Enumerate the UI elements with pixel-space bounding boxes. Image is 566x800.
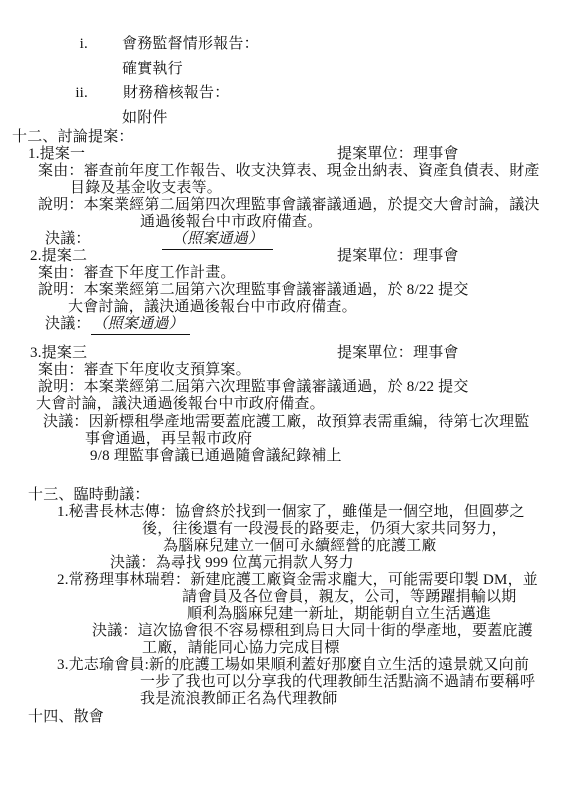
proposal-1-resolution-label: 決議：: [45, 231, 91, 248]
section-14-heading: 十四、散會: [28, 709, 104, 726]
proposal-2-title: 2.提案二: [30, 248, 87, 265]
motion-2-line: 2.常務理事林瑞碧：新建庇護工廠資金需求龐大，可能需要印製 DM，並: [57, 572, 538, 589]
proposal-3-unit: 提案單位：理事會: [337, 345, 459, 362]
motion-2-line: 請會員及各位會員，親友，公司，等踴躍捐輸以期: [182, 589, 516, 606]
report-item-title: 財務稽核報告：: [123, 85, 229, 102]
proposal-2-resolution-label: 決議：: [45, 316, 91, 333]
motion-2-line: 順利為腦麻兒建一新址，期能朝自立生活邁進: [187, 606, 491, 623]
proposal-1-case-line: 案由：審查前年度工作報告、收支決算表、現金出納表、資產負債表、財產: [38, 163, 540, 180]
proposal-3-resolution-line: 決議：因新標租學產地需要蓋庇護工廠，故預算表需重編，待第七次理監: [43, 414, 529, 431]
proposal-3-case-line: 案由：審查下年度收支預算案。: [38, 362, 251, 379]
motion-1-line: 1.秘書長林志傳：協會終於找到一個家了，雖僅是一個空地，但圓夢之: [57, 504, 525, 521]
proposal-3-title: 3.提案三: [30, 345, 87, 362]
proposal-1-case-line: 目錄及基金收支表等。: [70, 180, 222, 197]
meeting-minutes-page: i. 會務監督情形報告： 確實執行 ii. 財務稽核報告： 如附件 十二、討論提…: [0, 0, 566, 800]
section-13-heading: 十三、臨時動議：: [28, 487, 150, 504]
proposal-3-resolution-line: 事會通過，再呈報市政府: [85, 431, 252, 448]
proposal-1-desc-line: 說明：本案業經第二屆第四次理監事會議審議通過，於提交大會討論，議決: [38, 197, 540, 214]
proposal-3-desc-line: 大會討論，議決通過後報台中市政府備查。: [36, 396, 325, 413]
motion-3-line: 一步了我也可以分享我的代理教師生活點滴不過請布要稱呼: [140, 674, 535, 691]
motion-1-line: 為腦麻兒建立一個可永續經營的庇護工廠: [163, 538, 437, 555]
motion-2-resolution-line: 決議：這次協會很不容易標租到烏日大同十街的學產地，要蓋庇護: [92, 623, 533, 640]
report-item-title: 會務監督情形報告：: [122, 36, 259, 53]
proposal-2-resolution: 決議： （照案通過）: [45, 316, 190, 335]
proposal-2-desc-line: 說明：本案業經第二屆第六次理監事會議審議通過，於 8/22 提交: [38, 282, 469, 299]
proposal-2-case-line: 案由：審查下年度工作計畫。: [38, 265, 236, 282]
proposal-1-resolution-value: （照案通過）: [162, 231, 273, 250]
proposal-1-title: 1.提案一: [28, 146, 85, 163]
report-item-number: ii.: [52, 85, 88, 102]
motion-2-resolution-line: 工廠，請能同心協力完成目標: [142, 640, 340, 657]
proposal-2-unit: 提案單位：理事會: [337, 248, 459, 265]
motion-3-line: 我是流浪教師正名為代理教師: [140, 691, 338, 708]
report-item-body: 確實執行: [122, 61, 183, 78]
proposal-2-desc-line: 大會討論，議決通過後報台中市政府備查。: [68, 299, 357, 316]
report-item-body: 如附件: [122, 110, 168, 127]
motion-1-line: 後，往後還有一段漫長的路要走，仍須大家共同努力，: [142, 521, 507, 538]
section-12-heading: 十二、討論提案：: [12, 129, 134, 146]
proposal-2-resolution-value: （照案通過）: [91, 316, 190, 335]
motion-3-line: 3.尤志瑜會員:新的庇護工場如果順利蓋好那麼自立生活的遠景就又向前: [57, 657, 529, 674]
report-item-number: i.: [56, 36, 88, 53]
proposal-3-desc-line: 說明：本案業經第二屆第六次理監事會議審議通過，於 8/22 提交: [38, 379, 469, 396]
proposal-1-desc-line: 通過後報台中市政府備查。: [140, 214, 322, 231]
proposal-3-resolution-line: 9/8 理監事會議已通過隨會議紀錄補上: [90, 448, 342, 465]
motion-1-resolution: 決議：為尋找 999 位萬元捐款人努力: [110, 555, 354, 572]
proposal-1-unit: 提案單位：理事會: [337, 146, 459, 163]
